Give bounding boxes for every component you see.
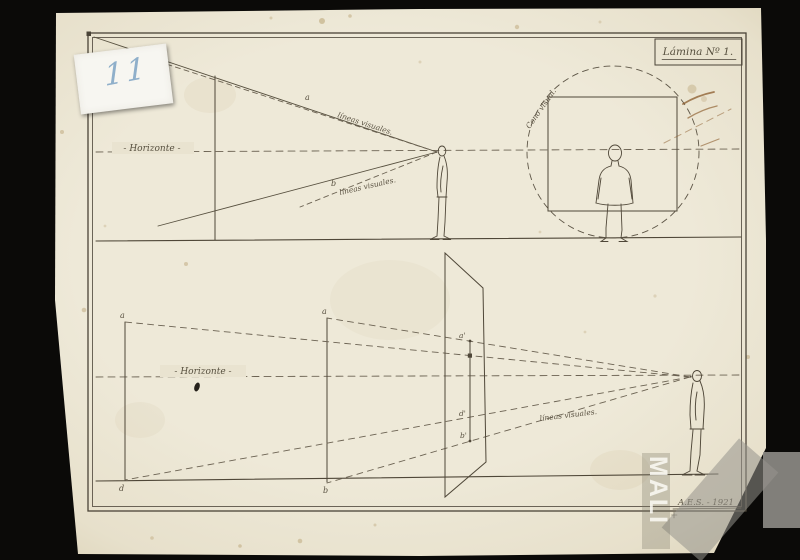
- picture-plane-front: [548, 97, 677, 211]
- projection-d-label: d': [459, 409, 466, 418]
- point-d-far-label: d: [119, 484, 124, 493]
- observer-eye-top: [436, 151, 438, 153]
- frame-corner-knot: [87, 32, 92, 37]
- projection-mark: [468, 354, 472, 358]
- point-a-near-label: a: [322, 307, 327, 316]
- inventory-sticker: 11: [74, 44, 174, 115]
- observer-figure-back: [596, 145, 633, 242]
- observer-figure-side-top: [430, 146, 451, 240]
- signature-block: A.E.S. - 1921: [672, 498, 742, 518]
- observer-eye-bottom: [690, 376, 692, 378]
- sight-ray-dashed-b: [300, 152, 437, 207]
- ink-blot: [193, 382, 201, 392]
- projection-a-label: a': [459, 331, 466, 340]
- horizon-label-bottom: - Horizonte -: [174, 367, 231, 377]
- point-b-label: b: [331, 179, 336, 188]
- signature-flourish: [672, 512, 678, 518]
- point-b-near-label: b: [323, 486, 328, 495]
- sepia-pencil-marks: [664, 92, 731, 146]
- inventory-number: 11: [103, 50, 149, 93]
- signature-text: A.E.S. - 1921: [677, 498, 734, 508]
- visual-cone-label: Cono visual.: [524, 87, 558, 130]
- top-diagram: - Horizonte - a b líneas visuales. línea…: [94, 37, 741, 242]
- ground-line-top: [96, 237, 741, 241]
- horizon-label-top: - Horizonte -: [123, 144, 180, 154]
- photograph-of-drawing-plate: Lámina Nº 1. - Horizonte - a b líneas vi…: [0, 0, 800, 560]
- visual-lines-label-bottom: líneas visuales.: [539, 407, 597, 423]
- point-a-far-label: a: [120, 311, 125, 320]
- picture-plane-perspective: [445, 253, 486, 497]
- observer-figure-side-bottom: [682, 371, 705, 476]
- point-a-label: a: [305, 93, 310, 102]
- sight-ray-solid-lower: [158, 152, 437, 226]
- projection-b-label: b': [460, 431, 467, 440]
- visual-lines-label-lower: líneas visuales.: [338, 175, 396, 197]
- plate-label: Lámina Nº 1.: [662, 46, 733, 58]
- visual-cone-diagram: Cono visual.: [524, 66, 731, 242]
- visual-lines-label-upper: líneas visuales.: [336, 110, 394, 136]
